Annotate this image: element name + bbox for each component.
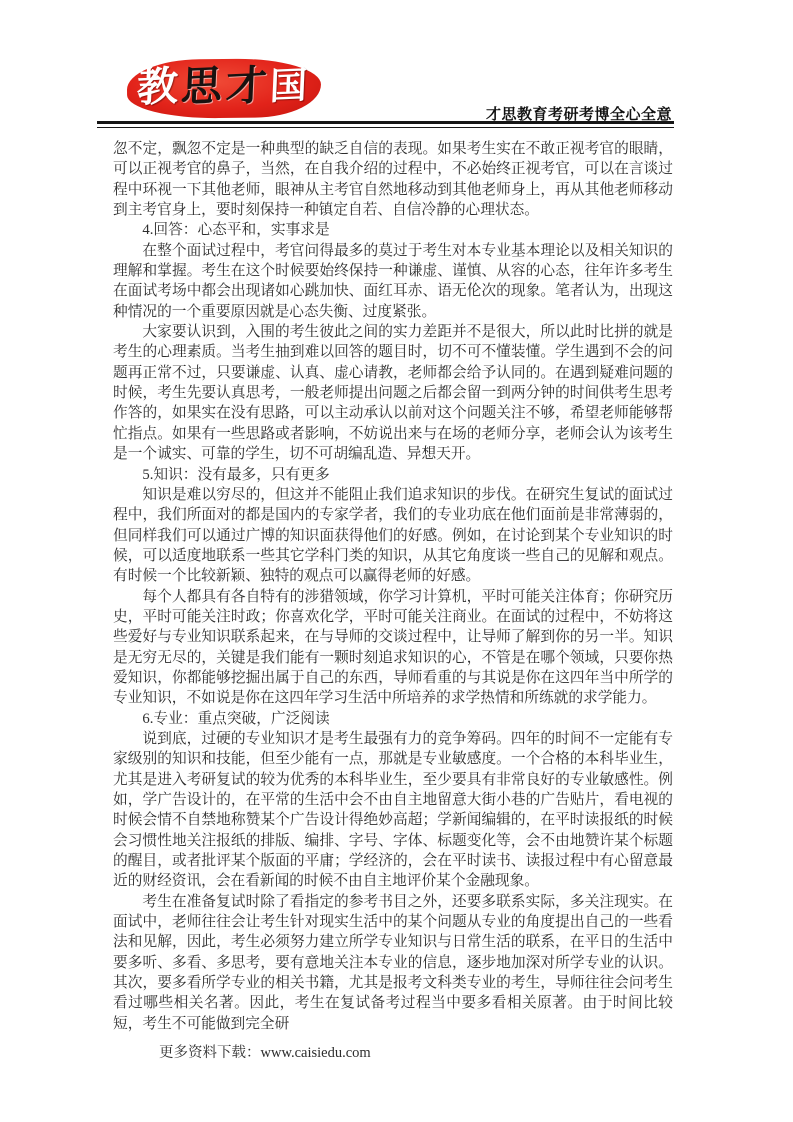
section-heading-6: 6.专业：重点突破，广泛阅读 (113, 709, 673, 729)
logo-character: 思 (180, 65, 223, 108)
section-heading-4: 4.回答：心态平和，实事求是 (113, 220, 673, 240)
body-paragraph: 大家要认识到，入围的考生彼此之间的实力差距并不是很大，所以此时比拼的就是考生的心… (113, 322, 673, 464)
logo-character: 国 (269, 66, 308, 105)
page-footer: 更多资料下载：www.caisiedu.com (159, 1041, 371, 1062)
body-paragraph: 说到底，过硬的专业知识才是考生最强有力的竞争筹码。四年的时间不一定能有专家级别的… (113, 729, 673, 892)
logo-character: 才 (225, 65, 268, 108)
footer-url: www.caisiedu.com (261, 1045, 371, 1061)
document-body: 忽不定，飘忽不定是一种典型的缺乏自信的表现。如果考生实在不敢正视考官的眼睛，可以… (113, 139, 673, 1034)
header-rule-thin (97, 127, 674, 128)
document-page: 教 思 才 国 才思教育考研考博全心全意 忽不定，飘忽不定是一种典型的缺乏自信的… (0, 0, 793, 1122)
brand-logo: 教 思 才 国 (127, 58, 322, 119)
section-heading-5: 5.知识：没有最多，只有更多 (113, 465, 673, 485)
body-paragraph: 知识是难以穷尽的，但这并不能阻止我们追求知识的步伐。在研究生复试的面试过程中，我… (113, 485, 673, 587)
body-paragraph: 每个人都具有各自特有的涉猎领域，你学习计算机，平时可能关注体育；你研究历史，平时… (113, 587, 673, 709)
footer-label: 更多资料下载： (159, 1045, 261, 1061)
body-paragraph: 在整个面试过程中，考官问得最多的莫过于考生对本专业基本理论以及相关知识的理解和掌… (113, 241, 673, 322)
logo-character: 教 (136, 66, 179, 109)
body-paragraph: 忽不定，飘忽不定是一种典型的缺乏自信的表现。如果考生实在不敢正视考官的眼睛，可以… (113, 139, 673, 220)
body-paragraph: 考生在准备复试时除了看指定的参考书目之外，还要多联系实际，多关注现实。在面试中，… (113, 892, 673, 1034)
header-rule-thick (97, 121, 674, 124)
